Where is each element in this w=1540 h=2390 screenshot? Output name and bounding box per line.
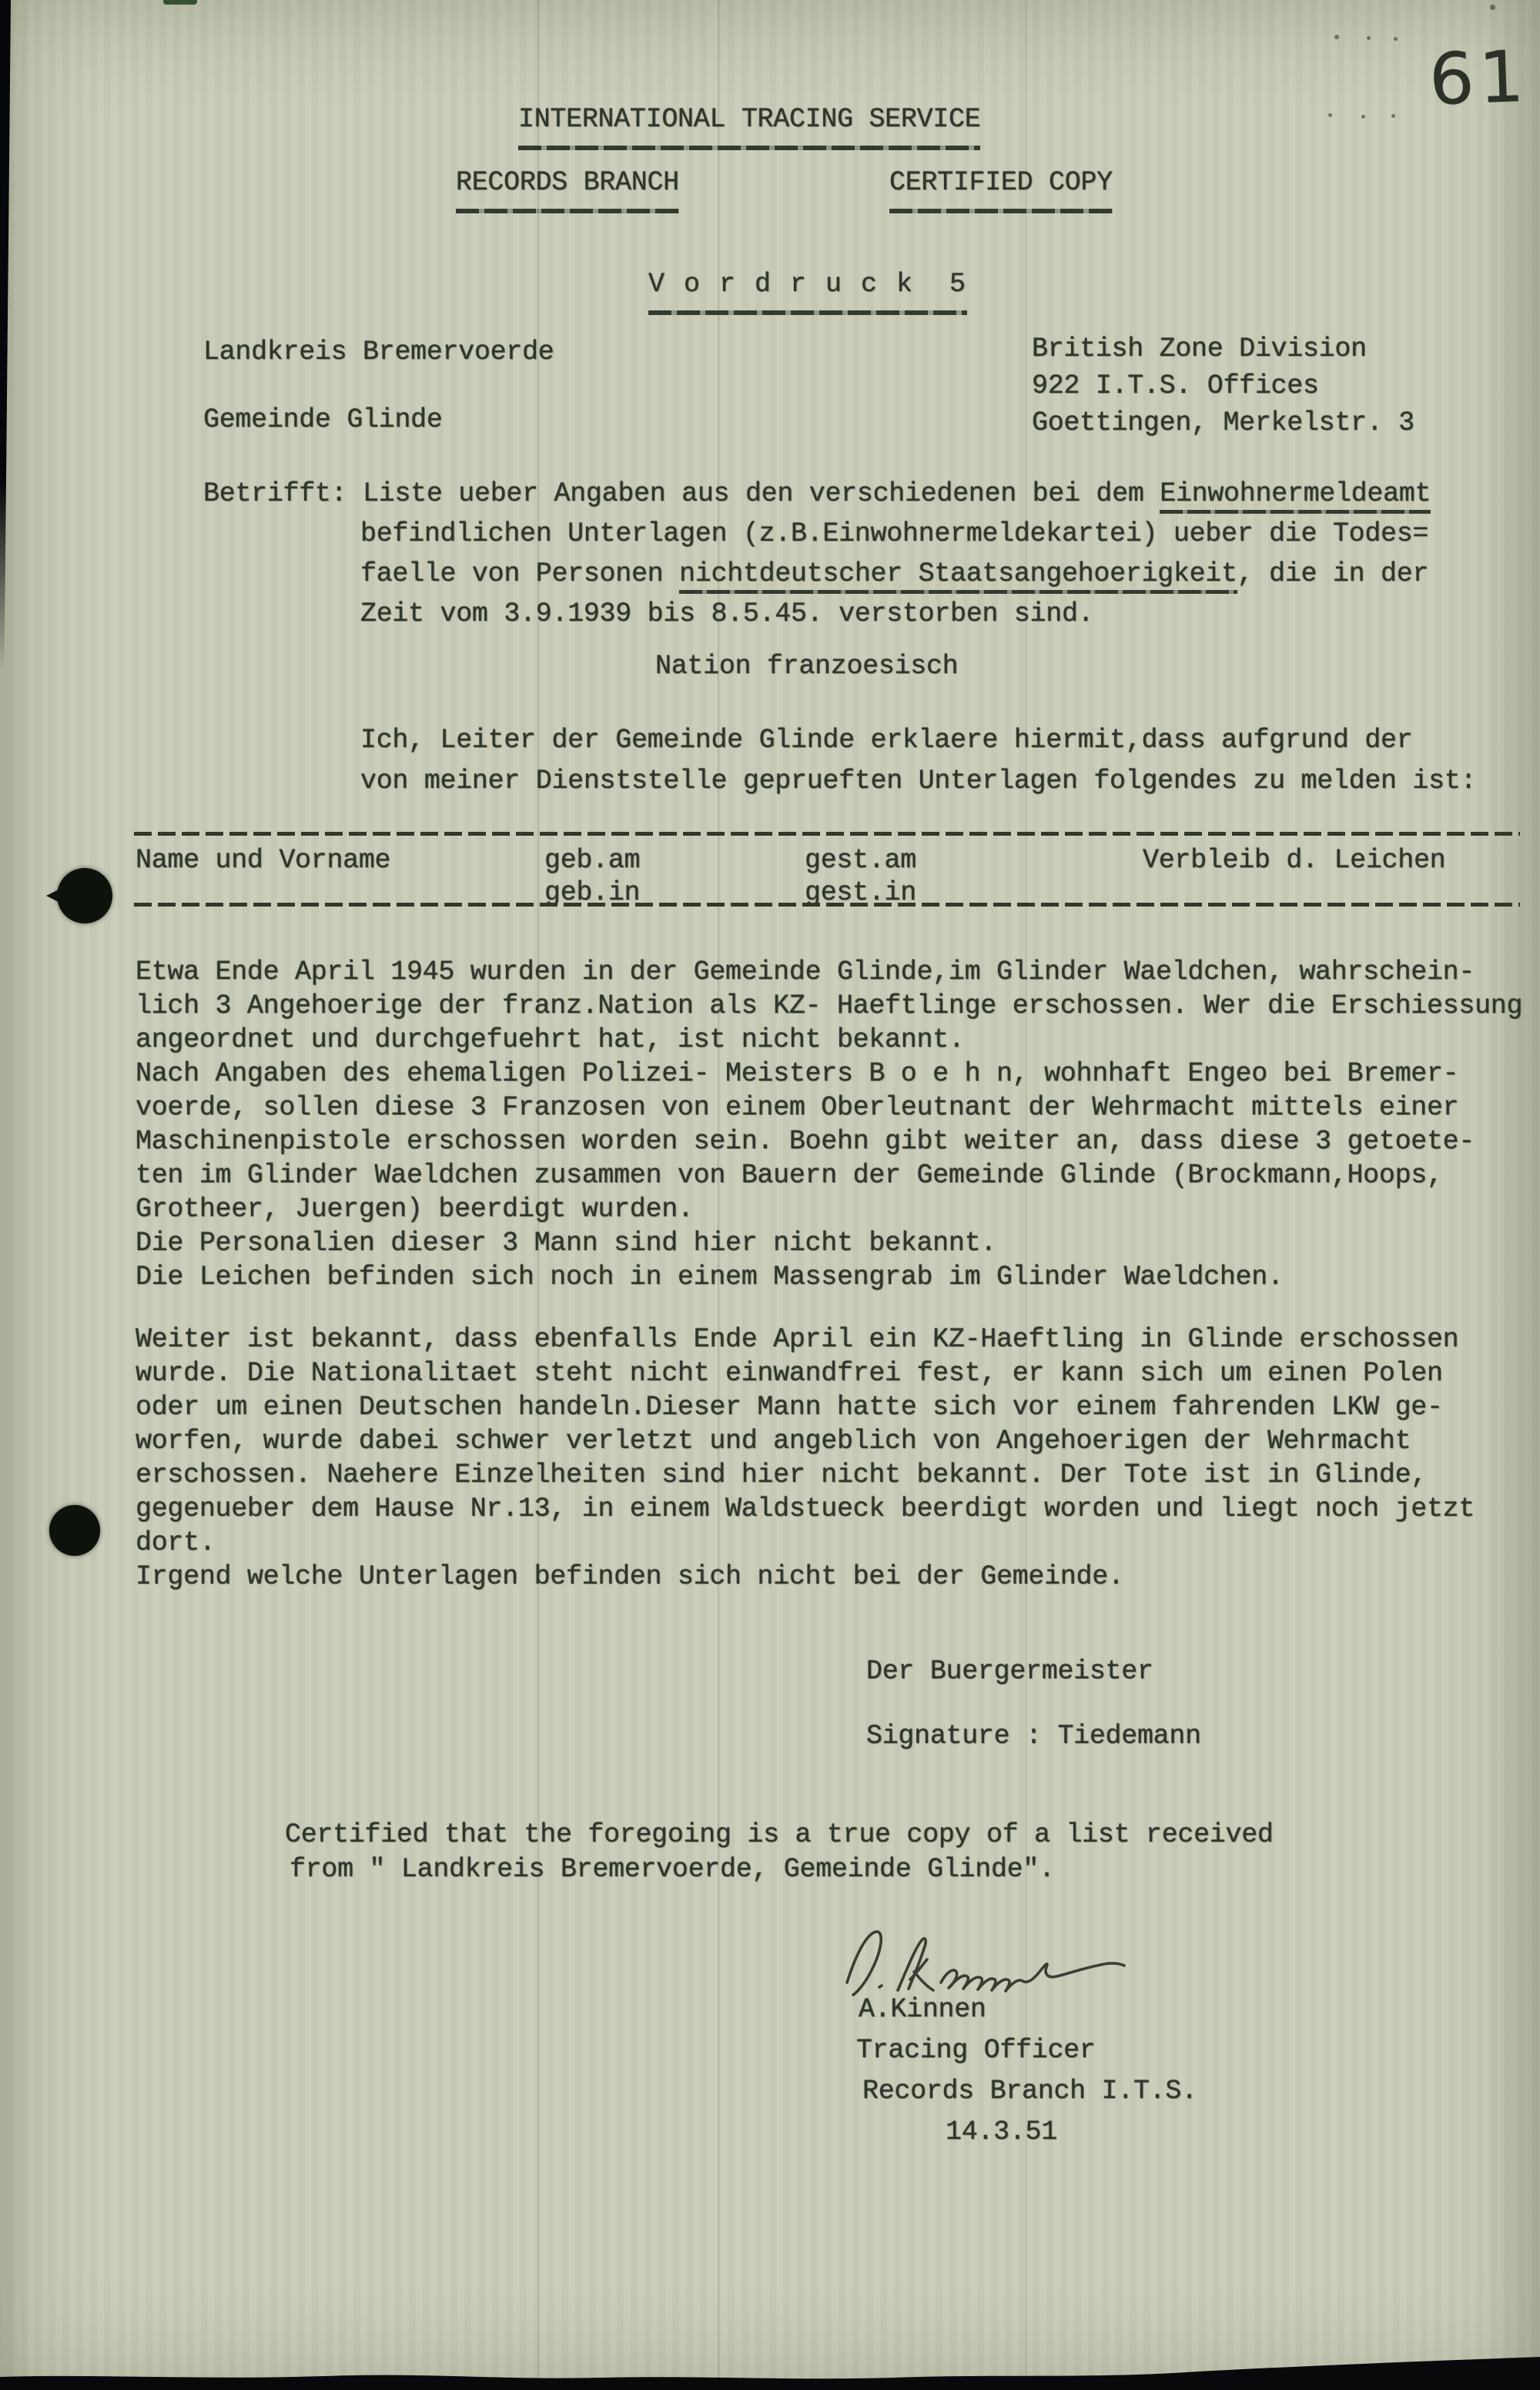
report1-line: Die Leichen befinden sich noch in einem … xyxy=(136,1264,1284,1291)
report1-line: Die Personalien dieser 3 Mann sind hier … xyxy=(136,1230,996,1257)
recipient-line1: British Zone Division xyxy=(1032,336,1367,363)
subject-label: Betrifft: xyxy=(203,478,346,509)
records-branch-label: RECORDS BRANCH xyxy=(456,169,679,213)
table-rule-bottom xyxy=(134,903,1520,907)
certified-copy-label: CERTIFIED COPY xyxy=(889,169,1113,213)
declaration-line2: von meiner Dienststelle geprueften Unter… xyxy=(360,768,1476,795)
table-rule-top xyxy=(134,832,1520,836)
recipient-line3: Goettingen, Merkelstr. 3 xyxy=(1032,410,1414,437)
nation-heading: Nation franzoesisch xyxy=(655,653,958,680)
report2-line: worfen, wurde dabei schwer verletzt und … xyxy=(136,1428,1411,1455)
subject-line3-text: faelle von Personen xyxy=(360,558,679,589)
declaration-line1: Ich, Leiter der Gemeinde Glinde erklaere… xyxy=(360,727,1412,754)
report2-line: wurde. Die Nationalitaet steht nicht ein… xyxy=(136,1360,1443,1387)
document-scan: 61 INTERNATIONAL TRACING SERVICE RECORDS… xyxy=(0,0,1540,2390)
report1-line: Maschinenpistole erschossen worden sein.… xyxy=(136,1128,1475,1155)
ink-speck xyxy=(1490,5,1495,10)
subject-line3: faelle von Personen nichtdeutscher Staat… xyxy=(360,561,1428,588)
scan-top-notch xyxy=(163,0,197,5)
hole-punch xyxy=(49,1505,100,1556)
org-title: INTERNATIONAL TRACING SERVICE xyxy=(518,106,980,150)
table-col-born-date: geb.am xyxy=(544,847,640,874)
report1-line: lich 3 Angehoerige der franz.Nation als … xyxy=(136,993,1522,1020)
report2-line: dort. xyxy=(136,1530,216,1557)
subject-line2: befindlichen Unterlagen (z.B.Einwohnerme… xyxy=(360,521,1428,548)
paper-fold-line xyxy=(1026,0,1027,2390)
officer-signature xyxy=(833,1922,1133,2001)
subject-line1-underlined: Einwohnermeldeamt xyxy=(1160,478,1431,514)
form-title: V o r d r u c k 5 xyxy=(648,271,967,315)
ink-speck xyxy=(1394,37,1398,41)
report2-line: oder um einen Deutschen handeln.Dieser M… xyxy=(136,1394,1443,1421)
report1-line: ten im Glinder Waeldchen zusammen von Ba… xyxy=(136,1162,1443,1189)
officer-title: Tracing Officer xyxy=(856,2037,1096,2064)
ink-speck xyxy=(1361,115,1365,119)
officer-date: 14.3.51 xyxy=(946,2119,1057,2146)
handwritten-page-number: 61 xyxy=(1428,35,1530,121)
hole-punch-tear xyxy=(46,889,60,903)
report1-line: Grotheer, Juergen) beerdigt wurden. xyxy=(136,1196,694,1223)
sender-district: Landkreis Bremervoerde xyxy=(203,339,554,366)
subject-line3-tail: , die in der xyxy=(1237,558,1428,589)
subject-line1-text: Liste ueber Angaben aus den verschiedene… xyxy=(363,478,1160,509)
report1-line: Etwa Ende April 1945 wurden in der Gemei… xyxy=(136,959,1475,986)
report2-line: Weiter ist bekannt, dass ebenfalls Ende … xyxy=(136,1326,1458,1353)
scan-left-edge-shadow xyxy=(0,0,11,670)
table-col-name: Name und Vorname xyxy=(136,847,390,874)
ink-speck xyxy=(1328,113,1332,117)
report2-line: Irgend welche Unterlagen befinden sich n… xyxy=(136,1564,1124,1591)
officer-name: A.Kinnen xyxy=(859,1996,986,2023)
table-col-remains: Verbleib d. Leichen xyxy=(1143,847,1445,874)
hole-punch xyxy=(57,868,112,923)
ink-speck xyxy=(1367,36,1371,40)
paper-fold-highlight xyxy=(715,0,717,2390)
table-col-died-date: gest.am xyxy=(805,847,916,874)
certification-line1: Certified that the foregoing is a true c… xyxy=(285,1822,1274,1849)
report2-line: erschossen. Naehere Einzelheiten sind hi… xyxy=(136,1462,1427,1489)
closing-title: Der Buergermeister xyxy=(866,1658,1153,1685)
subject-line3-underlined: nichtdeutscher Staatsangehoerigkeit xyxy=(679,558,1237,594)
officer-branch: Records Branch I.T.S. xyxy=(862,2078,1197,2105)
report1-line: angeordnet und durchgefuehrt hat, ist ni… xyxy=(136,1027,965,1054)
report1-line: Nach Angaben des ehemaligen Polizei- Mei… xyxy=(136,1061,1458,1088)
ink-speck xyxy=(1334,35,1339,39)
subject-line4: Zeit vom 3.9.1939 bis 8.5.45. verstorben… xyxy=(360,601,1093,628)
recipient-line2: 922 I.T.S. Offices xyxy=(1032,373,1319,400)
scan-bottom-edge xyxy=(0,2334,1540,2390)
report1-line: voerde, sollen diese 3 Franzosen von ein… xyxy=(136,1094,1458,1121)
report2-line: gegenueber dem Hause Nr.13, in einem Wal… xyxy=(136,1496,1475,1523)
ink-speck xyxy=(1391,114,1395,118)
closing-signature-line: Signature : Tiedemann xyxy=(866,1723,1201,1750)
certification-line2: from " Landkreis Bremervoerde, Gemeinde … xyxy=(290,1856,1055,1883)
subject-line1: Betrifft: Liste ueber Angaben aus den ve… xyxy=(203,481,1431,508)
sender-municipality: Gemeinde Glinde xyxy=(203,407,443,434)
paper-fold-line xyxy=(718,0,719,2390)
